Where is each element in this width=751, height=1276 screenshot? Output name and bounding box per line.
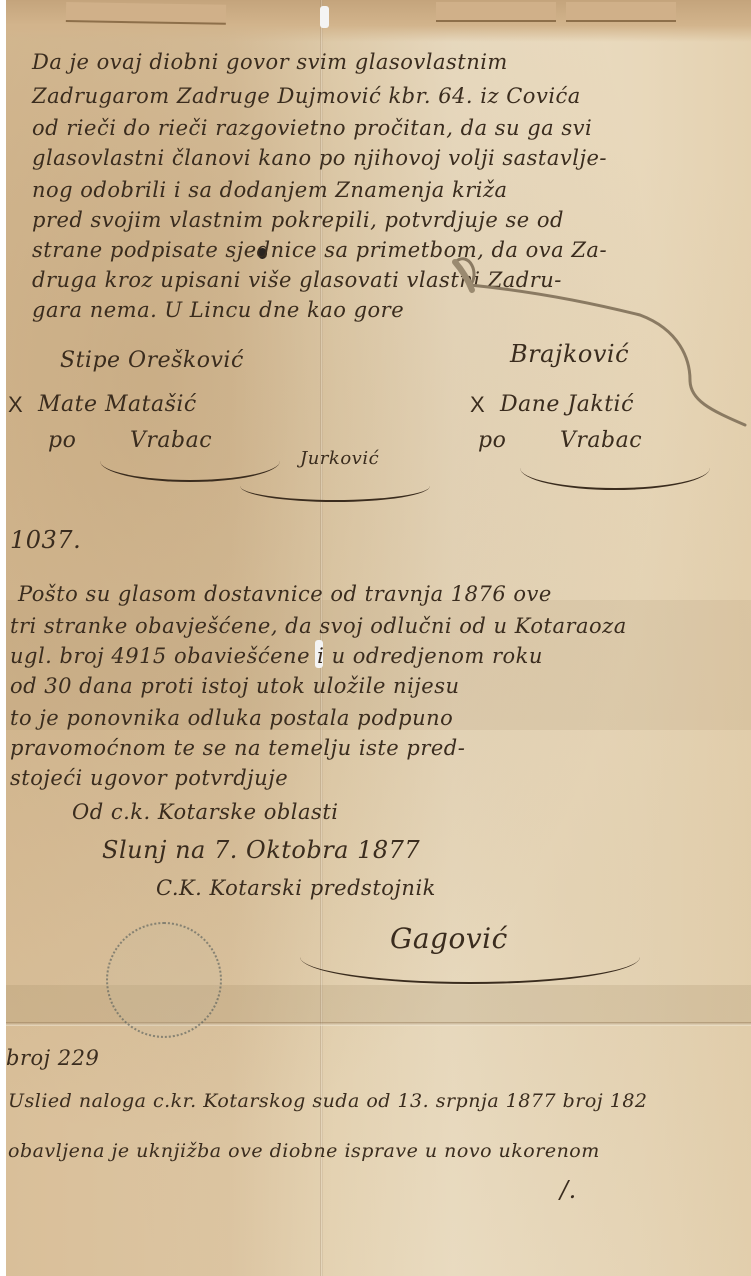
tear-hole [320, 6, 329, 28]
text-line: od 30 dana proti istoj utok uložile nije… [10, 674, 460, 698]
text-line: pravomoćnom te se na temelju iste pred- [10, 736, 465, 760]
text-line: ugl. broj 4915 obaviešćene i u odredjeno… [10, 644, 543, 668]
text-line: to je ponovnika odluka postala podpuno [10, 706, 453, 730]
signature-flourish [240, 470, 430, 502]
horizontal-fold-line [6, 1022, 751, 1026]
text-line: Zadrugarom Zadruge Dujmović kbr. 64. iz … [32, 84, 581, 108]
signature-name: Mate Matašić [38, 392, 197, 417]
text-line: Uslied naloga c.kr. Kotarskog suda od 13… [8, 1090, 648, 1112]
cross-mark: X [470, 392, 485, 418]
signature-po: po [478, 428, 506, 453]
closing-line: Od c.k. Kotarske oblasti [72, 800, 338, 824]
text-line: druga kroz upisani više glasovati vlastn… [32, 268, 562, 292]
paper-scrap [66, 2, 226, 25]
closing-line: C.K. Kotarski predstojnik [156, 876, 436, 900]
signature-name: Brajković [510, 340, 629, 368]
text-line: pred svojim vlastnim pokrepili, potvrdju… [32, 208, 564, 232]
text-line: stojeći ugovor potvrdjuje [10, 766, 288, 790]
document-number: broj 229 [6, 1046, 99, 1070]
signature-flourish [300, 930, 640, 984]
signature-po: po [48, 428, 76, 453]
text-line: tri stranke obavješćene, da svoj odlučni… [10, 614, 627, 638]
closing-line: Slunj na 7. Oktobra 1877 [102, 836, 420, 864]
paper-scrap [566, 2, 676, 22]
text-line: glasovlastni članovi kano po njihovoj vo… [32, 146, 607, 170]
official-stamp [106, 922, 222, 1038]
text-line: obavljena je uknjižba ove diobne isprave… [8, 1140, 600, 1162]
signature-flourish [520, 446, 710, 490]
document-number: 1037. [10, 526, 81, 554]
signature-name: Stipe Orešković [60, 348, 244, 373]
end-mark: /. [560, 1176, 577, 1204]
signature-center: Jurković [300, 448, 379, 469]
text-line: nog odobrili i sa dodanjem Znamenja križ… [32, 178, 508, 202]
signature-name: Dane Jaktić [500, 392, 634, 417]
text-line: strane podpisate sjednice sa primetbom, … [32, 238, 607, 262]
text-line: gara nema. U Lincu dne kao gore [32, 298, 404, 322]
text-line: Da je ovaj diobni govor svim glasovlastn… [32, 50, 508, 74]
paper-scrap [436, 2, 556, 22]
torn-top-edge [6, 0, 751, 42]
text-line: od rieči do rieči razgovietno pročitan, … [32, 116, 592, 140]
text-line: Pošto su glasom dostavnice od travnja 18… [18, 582, 552, 606]
cross-mark: X [8, 392, 23, 418]
